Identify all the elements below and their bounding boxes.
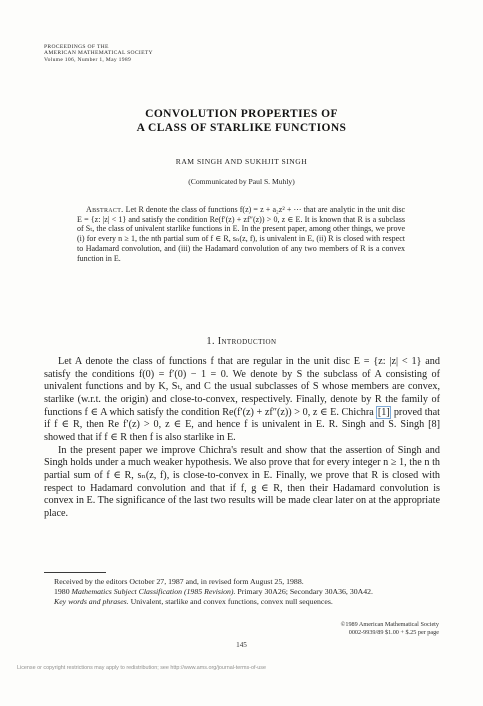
section-number: 1. [207,336,218,347]
journal-page: PROCEEDINGS OF THE AMERICAN MATHEMATICAL… [0,0,483,706]
citation-link-1[interactable]: [1] [376,406,391,419]
abstract-label: Abstract. [86,205,123,214]
section-heading: 1. Introduction [0,336,483,347]
footnote-received: Received by the editors October 27, 1987… [44,577,440,587]
journal-masthead: PROCEEDINGS OF THE AMERICAN MATHEMATICAL… [44,44,153,63]
paper-title-line2: A CLASS OF STARLIKE FUNCTIONS [0,121,483,135]
copyright-imprint: ©1989 American Mathematical Society 0002… [341,621,439,636]
paper-title-line1: CONVOLUTION PROPERTIES OF [0,107,483,121]
footnote-msc: 1980 Mathematics Subject Classification … [44,587,440,597]
fee-code-line: 0002-9939/89 $1.00 + $.25 per page [341,629,439,637]
paragraph-1: Let A denote the class of functions f th… [44,356,440,445]
masthead-journal-name-line2: AMERICAN MATHEMATICAL SOCIETY [44,50,153,56]
footnote-msc-title: Mathematics Subject Classification (1985… [72,587,236,596]
footnote-keywords: Key words and phrases. Univalent, starli… [44,597,440,607]
authors-line: RAM SINGH AND SUKHJIT SINGH [0,157,483,166]
abstract-block: Abstract. Let R denote the class of func… [77,205,405,263]
section-title: Introduction [218,336,277,347]
license-note: License or copyright restrictions may ap… [17,665,266,671]
abstract-text: Let R denote the class of functions f(z)… [77,205,405,263]
communicated-by-line: (Communicated by Paul S. Muhly) [0,177,483,186]
page-number: 145 [0,641,483,649]
masthead-volume-issue-date: Volume 106, Number 1, May 1989 [44,57,153,63]
paper-title: CONVOLUTION PROPERTIES OF A CLASS OF STA… [0,107,483,135]
footnote-msc-codes: Primary 30A26; Secondary 30A36, 30A42. [235,587,373,596]
footnote-divider [44,572,106,573]
copyright-line: ©1989 American Mathematical Society [341,621,439,629]
introduction-body: Let A denote the class of functions f th… [44,356,440,521]
paragraph-2: In the present paper we improve Chichra'… [44,445,440,521]
footnotes-block: Received by the editors October 27, 1987… [44,577,440,607]
footnote-msc-year: 1980 [54,587,72,596]
footnote-keywords-text: Univalent, starlike and convex functions… [129,597,333,606]
footnote-keywords-label: Key words and phrases. [54,597,129,606]
